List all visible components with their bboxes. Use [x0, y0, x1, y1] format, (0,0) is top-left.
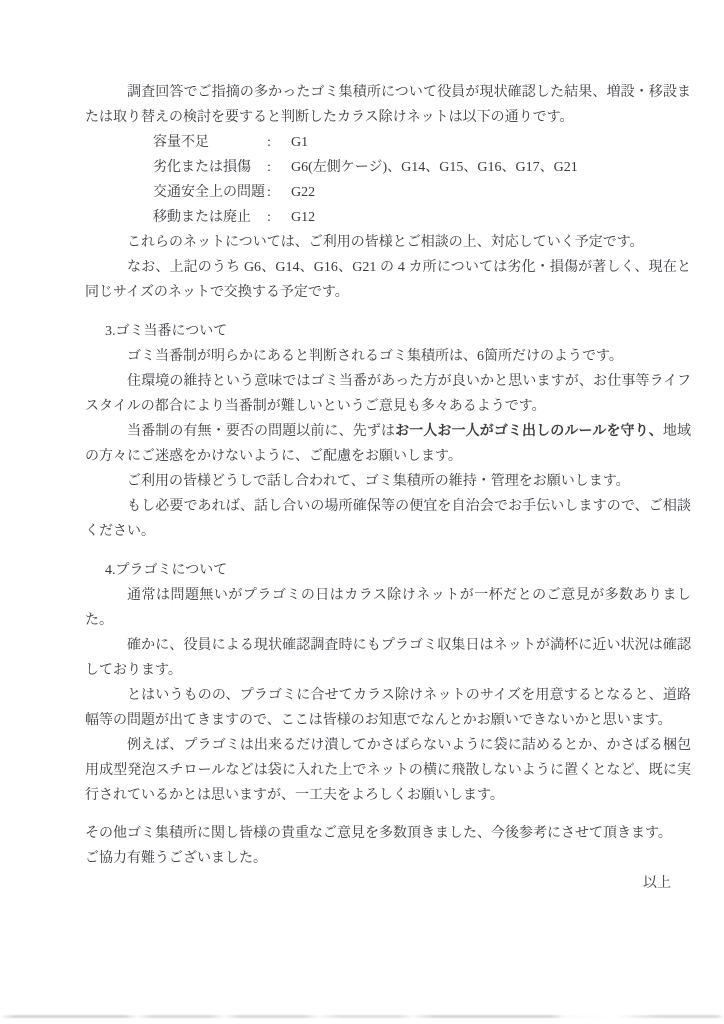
section3-heading: 3.ゴミ当番について [105, 319, 691, 344]
section4-heading: 4.プラゴミについて [105, 558, 691, 583]
section3-rule-paragraph: 当番制の有無・要否の問題以前に、先ずはお一人お一人がゴミ出しのルールを守り、地域… [85, 419, 691, 469]
net-status-row: 交通安全上の問題 : G22 [153, 180, 691, 205]
document-page: 調査回答でご指摘の多かったゴミ集積所について役員が現状確認した結果、増設・移設ま… [0, 0, 724, 1024]
closing-paragraph: その他ゴミ集積所に関し皆様の貴重なご意見を多数頂きました、今後参考にさせて頂きま… [85, 821, 691, 846]
section3-paragraph: 住環境の維持という意味ではゴミ当番があった方が良いかと思いますが、お仕事等ライフ… [85, 369, 691, 419]
section4-paragraph: とはいうものの、プラゴミに合せてカラス除けネットのサイズを用意するとなると、道路… [85, 683, 691, 733]
closing-paragraph: ご協力有難うございました。 [85, 846, 691, 871]
section4-paragraph: 通常は問題無いがプラゴミの日はカラス除けネットが一杯だとのご意見が多数ありました… [85, 583, 691, 633]
net-row-value: G12 [291, 205, 691, 230]
net-row-value: G6(左側ケージ)、G14、G15、G16、G17、G21 [291, 155, 691, 180]
net-row-colon: : [267, 130, 291, 155]
section4-paragraph: 例えば、プラゴミは出来るだけ潰してかさばらないように袋に詰めるとか、かさばる梱包… [85, 733, 691, 808]
net-status-row: 劣化または損傷 : G6(左側ケージ)、G14、G15、G16、G17、G21 [153, 155, 691, 180]
closing-block: その他ゴミ集積所に関し皆様の貴重なご意見を多数頂きました、今後参考にさせて頂きま… [85, 821, 691, 871]
net-row-label: 容量不足 [153, 130, 267, 155]
net-row-value: G22 [291, 180, 691, 205]
section3-paragraph: ご利用の皆様どうしで話し合われて、ゴミ集積所の維持・管理をお願いします。 [85, 469, 691, 494]
net-row-colon: : [267, 155, 291, 180]
section4-paragraph: 確かに、役員による現状確認調査時にもプラゴミ収集日はネットが満杯に近い状況は確認… [85, 633, 691, 683]
rule-text-before: 当番制の有無・要否の問題以前に、先ずは [127, 424, 395, 439]
rule-text-bold: お一人お一人がゴミ出しのルールを守り、 [395, 424, 663, 439]
scan-edge-artifact [0, 1015, 724, 1018]
intro-paragraph: 調査回答でご指摘の多かったゴミ集積所について役員が現状確認した結果、増設・移設ま… [85, 80, 691, 130]
section3-paragraph: もし必要であれば、話し合いの場所確保等の便宜を自治会でお手伝いしますので、ご相談… [85, 494, 691, 544]
follow-up-paragraph: これらのネットについては、ご利用の皆様とご相談の上、対応していく予定です。 [85, 230, 691, 255]
net-row-colon: : [267, 180, 291, 205]
net-row-label: 移動または廃止 [153, 205, 267, 230]
net-row-label: 交通安全上の問題 [153, 180, 267, 205]
document-content: 調査回答でご指摘の多かったゴミ集積所について役員が現状確認した結果、増設・移設ま… [85, 80, 691, 896]
net-row-label: 劣化または損傷 [153, 155, 267, 180]
net-row-value: G1 [291, 130, 691, 155]
net-status-row: 容量不足 : G1 [153, 130, 691, 155]
net-status-row: 移動または廃止 : G12 [153, 205, 691, 230]
section3-paragraph: ゴミ当番制が明らかにあると判断されるゴミ集積所は、6箇所だけのようです。 [85, 344, 691, 369]
follow-up-paragraph: なお、上記のうち G6、G14、G16、G21 の 4 カ所については劣化・損傷… [85, 255, 691, 305]
net-status-list: 容量不足 : G1 劣化または損傷 : G6(左側ケージ)、G14、G15、G1… [153, 130, 691, 230]
sign-off: 以上 [85, 871, 671, 896]
net-row-colon: : [267, 205, 291, 230]
